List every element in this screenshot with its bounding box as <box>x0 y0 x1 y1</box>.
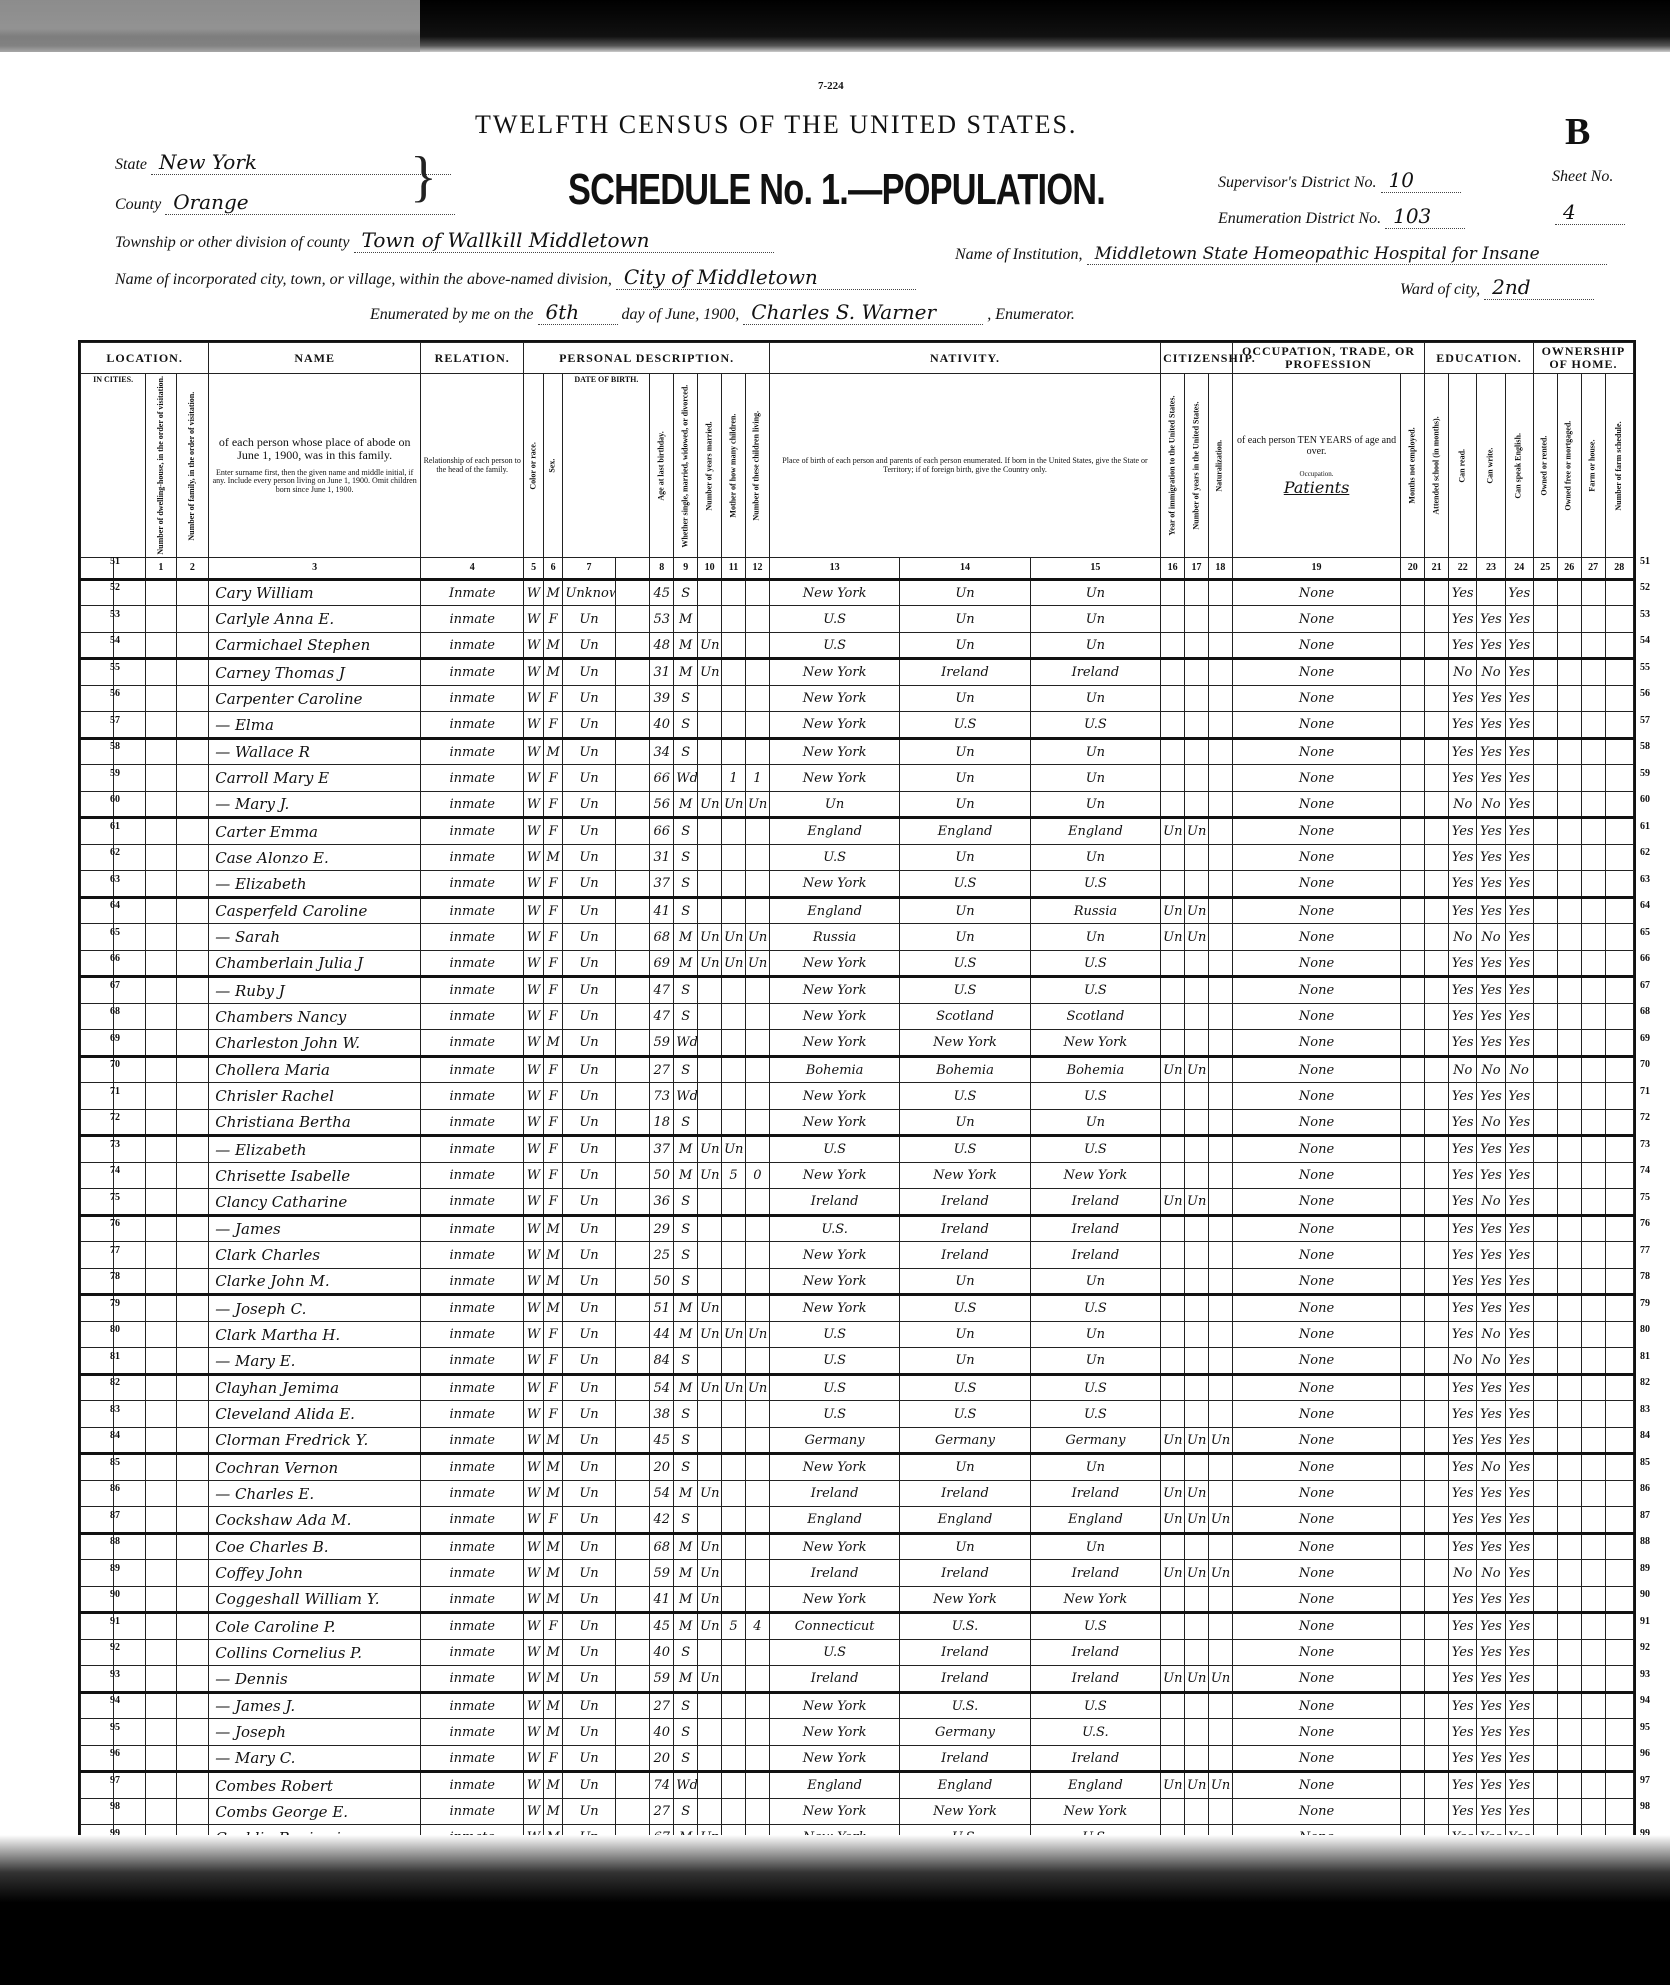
cell-month: Un <box>563 685 615 712</box>
cell-month: Un <box>563 1083 615 1110</box>
cell-empty <box>1425 579 1449 606</box>
cell-empty <box>1401 1639 1425 1666</box>
cell-empty <box>1401 606 1425 633</box>
col-sex-label: Sex. <box>543 374 563 558</box>
cell-sex: F <box>543 1003 563 1030</box>
cell-empty <box>615 1692 650 1719</box>
cell-nat <box>1208 1295 1232 1322</box>
cell-month: Un <box>563 1533 615 1560</box>
cell-empty <box>1557 1056 1581 1083</box>
cell-living: Un <box>745 1374 769 1401</box>
cell-empty <box>1533 1772 1557 1799</box>
cell-age: 31 <box>650 659 674 686</box>
cell-empty <box>176 1003 209 1030</box>
cell-empty <box>1557 1560 1581 1587</box>
table-row: Coe Charles B.inmateWMUn68MUnNew YorkUnU… <box>81 1533 1634 1560</box>
cell-mother-of <box>722 1083 746 1110</box>
cell-occ: None <box>1232 871 1400 898</box>
cell-write: Yes <box>1477 1374 1505 1401</box>
cell-empty <box>1557 1480 1581 1507</box>
cell-living <box>745 1109 769 1136</box>
cell-living <box>745 712 769 739</box>
cell-imm: Un <box>1161 1189 1185 1216</box>
sheet-letter: B <box>1565 110 1590 154</box>
line-number: 65 <box>1640 919 1668 946</box>
cell-empty <box>1581 606 1605 633</box>
cell-mother-of: 5 <box>722 1613 746 1640</box>
line-number: 89 <box>80 1555 120 1582</box>
cell-sex: M <box>543 1427 563 1454</box>
cell-empty <box>146 712 176 739</box>
cell-speak: Yes <box>1505 1745 1533 1772</box>
cell-imm: Un <box>1161 1560 1185 1587</box>
cell-name: Combs George E. <box>209 1798 421 1825</box>
occupation-description: of each person TEN YEARS of age and over… <box>1232 374 1400 558</box>
cell-empty <box>1557 1295 1581 1322</box>
cell-living <box>745 1242 769 1269</box>
cell-speak: Yes <box>1505 1480 1533 1507</box>
cell-age: 40 <box>650 1639 674 1666</box>
column-number: 2 <box>176 557 209 579</box>
cell-empty <box>176 1083 209 1110</box>
cell-write: Yes <box>1477 1030 1505 1057</box>
census-title: TWELFTH CENSUS OF THE UNITED STATES. <box>475 110 1077 140</box>
cell-age: 34 <box>650 738 674 765</box>
cell-father: Un <box>900 924 1030 951</box>
cell-empty <box>1557 1586 1581 1613</box>
cell-sex: M <box>543 1586 563 1613</box>
line-number: 53 <box>1640 601 1668 628</box>
cell-write: No <box>1477 1109 1505 1136</box>
cell-write: No <box>1477 1454 1505 1481</box>
cell-empty <box>1605 1003 1633 1030</box>
cell-yrs-married <box>698 1401 722 1428</box>
cell-color: W <box>524 1083 544 1110</box>
cell-color: W <box>524 897 544 924</box>
cell-age: 42 <box>650 1507 674 1534</box>
cell-imm <box>1161 1162 1185 1189</box>
cell-empty <box>1581 1374 1605 1401</box>
cell-father: Un <box>900 1533 1030 1560</box>
cell-empty <box>1581 1189 1605 1216</box>
cell-speak: Yes <box>1505 871 1533 898</box>
cell-yrs-married <box>698 606 722 633</box>
name-desc: of each person whose place of abode on J… <box>211 436 418 462</box>
section-name: NAME <box>209 343 421 374</box>
cell-empty <box>1401 579 1425 606</box>
cell-sex: M <box>543 1666 563 1693</box>
cell-name: Chambers Nancy <box>209 1003 421 1030</box>
cell-occ: None <box>1232 1215 1400 1242</box>
cell-empty <box>1425 1401 1449 1428</box>
cell-name: — Mary J. <box>209 791 421 818</box>
cell-sex: F <box>543 871 563 898</box>
cell-birth: England <box>769 1772 899 1799</box>
cell-yrs-married <box>698 1745 722 1772</box>
cell-empty <box>615 1136 650 1163</box>
cell-mother: New York <box>1030 1798 1160 1825</box>
cell-empty <box>1605 685 1633 712</box>
line-number: 95 <box>80 1714 120 1741</box>
cell-empty <box>1533 1719 1557 1746</box>
cell-age: 59 <box>650 1560 674 1587</box>
cell-sex: F <box>543 1056 563 1083</box>
cell-mother: U.S <box>1030 871 1160 898</box>
cell-month: Un <box>563 1321 615 1348</box>
cell-empty <box>1557 977 1581 1004</box>
cell-imm <box>1161 1586 1185 1613</box>
cell-imm: Un <box>1161 1772 1185 1799</box>
cell-speak: Yes <box>1505 1030 1533 1057</box>
cell-yrs-us <box>1185 685 1209 712</box>
cell-empty <box>1605 1030 1633 1057</box>
cell-empty <box>615 1374 650 1401</box>
cell-empty <box>146 1295 176 1322</box>
cell-birth: England <box>769 1507 899 1534</box>
line-number: 72 <box>1640 1105 1668 1132</box>
cell-read: Yes <box>1449 1215 1477 1242</box>
cell-empty <box>1581 1083 1605 1110</box>
cell-mother-of <box>722 1056 746 1083</box>
cell-mother-of <box>722 1533 746 1560</box>
cell-empty <box>615 1745 650 1772</box>
cell-empty <box>1401 1586 1425 1613</box>
cell-age: 73 <box>650 1083 674 1110</box>
cell-empty <box>1533 1639 1557 1666</box>
cell-nat <box>1208 579 1232 606</box>
line-number: 64 <box>1640 893 1668 920</box>
cell-birth: New York <box>769 871 899 898</box>
cell-nat <box>1208 871 1232 898</box>
cell-yrs-married: Un <box>698 1586 722 1613</box>
cell-color: W <box>524 977 544 1004</box>
cell-empty <box>1533 765 1557 792</box>
cell-occ: None <box>1232 659 1400 686</box>
cell-age: 37 <box>650 871 674 898</box>
cell-name: — Ruby J <box>209 977 421 1004</box>
cell-name: — Joseph C. <box>209 1295 421 1322</box>
cell-empty <box>1425 1639 1449 1666</box>
cell-sex: F <box>543 1374 563 1401</box>
cell-color: W <box>524 1003 544 1030</box>
line-number: 68 <box>80 999 120 1026</box>
cell-age: 50 <box>650 1268 674 1295</box>
cell-yrs-married <box>698 1268 722 1295</box>
cell-living: Un <box>745 950 769 977</box>
cell-empty <box>176 1215 209 1242</box>
cell-marital: M <box>674 791 698 818</box>
cell-occ: None <box>1232 606 1400 633</box>
cell-name: — James J. <box>209 1692 421 1719</box>
cell-read: Yes <box>1449 712 1477 739</box>
cell-yrs-married: Un <box>698 632 722 659</box>
cell-empty <box>1605 897 1633 924</box>
cell-empty <box>1605 1109 1633 1136</box>
cell-name: — Elma <box>209 712 421 739</box>
cell-occ: None <box>1232 1242 1400 1269</box>
cell-color: W <box>524 1242 544 1269</box>
cell-empty <box>615 1586 650 1613</box>
cell-empty <box>1401 632 1425 659</box>
line-number: 77 <box>80 1237 120 1264</box>
cell-empty <box>1581 1109 1605 1136</box>
cell-yrs-us: Un <box>1185 1560 1209 1587</box>
line-number: 84 <box>80 1423 120 1450</box>
cell-father: Un <box>900 791 1030 818</box>
cell-month: Un <box>563 844 615 871</box>
cell-empty <box>1605 791 1633 818</box>
cell-living <box>745 659 769 686</box>
column-number: 22 <box>1449 557 1477 579</box>
section-personal: PERSONAL DESCRIPTION. <box>524 343 770 374</box>
cell-empty <box>1401 950 1425 977</box>
cell-mother-of <box>722 738 746 765</box>
cell-color: W <box>524 1745 544 1772</box>
cell-empty <box>1605 738 1633 765</box>
cell-empty <box>146 871 176 898</box>
cell-living <box>745 1666 769 1693</box>
cell-yrs-us: Un <box>1185 818 1209 845</box>
cell-empty <box>1557 659 1581 686</box>
cell-rel: inmate <box>421 712 524 739</box>
cell-age: 56 <box>650 791 674 818</box>
cell-yrs-us: Un <box>1185 897 1209 924</box>
cell-yrs-us <box>1185 1030 1209 1057</box>
cell-empty <box>176 1242 209 1269</box>
cell-sex: F <box>543 1109 563 1136</box>
cell-empty <box>1401 685 1425 712</box>
cell-nat <box>1208 632 1232 659</box>
cell-speak: Yes <box>1505 1083 1533 1110</box>
cell-speak: Yes <box>1505 1401 1533 1428</box>
cell-yrs-us <box>1185 1798 1209 1825</box>
cell-speak: Yes <box>1505 1692 1533 1719</box>
cell-read: Yes <box>1449 1030 1477 1057</box>
cell-living <box>745 606 769 633</box>
cell-empty <box>176 606 209 633</box>
col-years-us-label: Number of years in the United States. <box>1185 374 1209 558</box>
cell-empty <box>1425 977 1449 1004</box>
column-number: 27 <box>1581 557 1605 579</box>
cell-read: Yes <box>1449 1321 1477 1348</box>
table-row: — ElmainmateWFUn40SNew YorkU.SU.SNoneYes… <box>81 712 1634 739</box>
cell-father: Un <box>900 844 1030 871</box>
cell-mother: Russia <box>1030 897 1160 924</box>
cell-marital: S <box>674 1215 698 1242</box>
cell-color: W <box>524 1348 544 1375</box>
cell-living <box>745 1745 769 1772</box>
table-row: Cockshaw Ada M.inmateWFUn42SEnglandEngla… <box>81 1507 1634 1534</box>
cell-empty <box>1533 1083 1557 1110</box>
cell-name: Carpenter Caroline <box>209 685 421 712</box>
cell-mother: U.S. <box>1030 1719 1160 1746</box>
cell-imm: Un <box>1161 897 1185 924</box>
cell-living <box>745 1030 769 1057</box>
cell-mother: Ireland <box>1030 1480 1160 1507</box>
cell-empty <box>176 1613 209 1640</box>
cell-read: Yes <box>1449 1719 1477 1746</box>
cell-yrs-married: Un <box>698 1613 722 1640</box>
col-mother-of-label: Mother of how many children. <box>722 374 746 558</box>
cell-name: Case Alonzo E. <box>209 844 421 871</box>
cell-speak: Yes <box>1505 1798 1533 1825</box>
table-row: Coggeshall William Y.inmateWMUn41MUnNew … <box>81 1586 1634 1613</box>
cell-birth: U.S. <box>769 1215 899 1242</box>
cell-color: W <box>524 844 544 871</box>
cell-marital: S <box>674 1109 698 1136</box>
cell-empty <box>1533 1533 1557 1560</box>
cell-empty <box>1401 1030 1425 1057</box>
cell-mother-of <box>722 1507 746 1534</box>
relation-description: Relationship of each person to the head … <box>421 374 524 558</box>
cell-rel: inmate <box>421 1268 524 1295</box>
cell-yrs-married <box>698 1083 722 1110</box>
cell-rel: inmate <box>421 1719 524 1746</box>
cell-rel: inmate <box>421 1215 524 1242</box>
cell-color: W <box>524 791 544 818</box>
cell-empty <box>146 950 176 977</box>
cell-empty <box>615 818 650 845</box>
cell-mother: Un <box>1030 606 1160 633</box>
cell-speak: Yes <box>1505 1242 1533 1269</box>
cell-empty <box>615 1030 650 1057</box>
cell-age: 45 <box>650 1427 674 1454</box>
cell-father: New York <box>900 1586 1030 1613</box>
cell-empty <box>1401 1533 1425 1560</box>
line-number: 67 <box>1640 972 1668 999</box>
cell-color: W <box>524 1798 544 1825</box>
cell-rel: inmate <box>421 950 524 977</box>
column-number: 16 <box>1161 557 1185 579</box>
cell-empty <box>1557 1162 1581 1189</box>
cell-occ: None <box>1232 1374 1400 1401</box>
cell-birth: Ireland <box>769 1560 899 1587</box>
cell-empty <box>1605 1586 1633 1613</box>
cell-mother-of <box>722 1189 746 1216</box>
cell-read: Yes <box>1449 1639 1477 1666</box>
cell-empty <box>1581 1560 1605 1587</box>
cell-yrs-us: Un <box>1185 1772 1209 1799</box>
cell-sex: M <box>543 1719 563 1746</box>
cell-empty <box>1533 1215 1557 1242</box>
state-label: State <box>115 156 147 173</box>
column-number <box>615 557 650 579</box>
table-row: — Charles E.inmateWMUn54MUnIrelandIrelan… <box>81 1480 1634 1507</box>
cell-empty <box>1425 1374 1449 1401</box>
col-children-living-label: Number of these children living. <box>745 374 769 558</box>
cell-empty <box>176 950 209 977</box>
cell-marital: S <box>674 1427 698 1454</box>
cell-write: Yes <box>1477 765 1505 792</box>
cell-empty <box>1533 1268 1557 1295</box>
table-row: Carlyle Anna E.inmateWFUn53MU.SUnUnNoneY… <box>81 606 1634 633</box>
cell-marital: S <box>674 897 698 924</box>
cell-mother-of <box>722 1003 746 1030</box>
cell-name: Carney Thomas J <box>209 659 421 686</box>
cell-color: W <box>524 1109 544 1136</box>
cell-empty <box>1533 659 1557 686</box>
cell-empty <box>176 1745 209 1772</box>
cell-empty <box>1425 1321 1449 1348</box>
cell-living <box>745 632 769 659</box>
cell-yrs-married <box>698 1692 722 1719</box>
cell-write: Yes <box>1477 1003 1505 1030</box>
cell-empty <box>615 1798 650 1825</box>
cell-yrs-married <box>698 685 722 712</box>
cell-imm <box>1161 579 1185 606</box>
cell-imm <box>1161 871 1185 898</box>
cell-imm <box>1161 1109 1185 1136</box>
cell-speak: Yes <box>1505 1507 1533 1534</box>
cell-write: Yes <box>1477 632 1505 659</box>
cell-empty <box>176 977 209 1004</box>
cell-yrs-married: Un <box>698 659 722 686</box>
cell-mother-of: Un <box>722 1374 746 1401</box>
cell-empty <box>1533 1480 1557 1507</box>
township-field: Township or other division of county Tow… <box>115 228 774 253</box>
cell-empty <box>1425 1745 1449 1772</box>
cell-empty <box>1581 1242 1605 1269</box>
cell-yrs-married <box>698 1189 722 1216</box>
cell-empty <box>1425 1189 1449 1216</box>
cell-yrs-married: Un <box>698 1533 722 1560</box>
cell-empty <box>1425 1268 1449 1295</box>
cell-age: 45 <box>650 1613 674 1640</box>
cell-sex: M <box>543 1798 563 1825</box>
cell-father: Un <box>900 606 1030 633</box>
cell-speak: Yes <box>1505 791 1533 818</box>
cell-mother: Ireland <box>1030 1745 1160 1772</box>
cell-rel: inmate <box>421 1348 524 1375</box>
cell-mother-of <box>722 1401 746 1428</box>
cell-color: W <box>524 1374 544 1401</box>
cell-empty <box>1425 950 1449 977</box>
line-number: 57 <box>80 707 120 734</box>
cell-empty <box>176 1321 209 1348</box>
cell-color: W <box>524 924 544 951</box>
cell-empty <box>176 1295 209 1322</box>
cell-empty <box>1557 1533 1581 1560</box>
cell-marital: M <box>674 1295 698 1322</box>
cell-father: Ireland <box>900 1189 1030 1216</box>
cell-write: Yes <box>1477 1268 1505 1295</box>
cell-rel: inmate <box>421 1772 524 1799</box>
cell-age: 37 <box>650 1136 674 1163</box>
cell-empty <box>146 1639 176 1666</box>
line-number: 51 <box>1640 548 1668 575</box>
cell-color: W <box>524 1507 544 1534</box>
cell-living <box>745 1348 769 1375</box>
line-number: 62 <box>1640 840 1668 867</box>
line-number: 78 <box>80 1264 120 1291</box>
cell-name: — Wallace R <box>209 738 421 765</box>
cell-yrs-married <box>698 712 722 739</box>
line-number: 75 <box>1640 1184 1668 1211</box>
cell-living <box>745 1586 769 1613</box>
cell-yrs-married: Un <box>698 1136 722 1163</box>
cell-birth: New York <box>769 1109 899 1136</box>
cell-marital: M <box>674 606 698 633</box>
cell-mother: Ireland <box>1030 1639 1160 1666</box>
line-number: 69 <box>80 1025 120 1052</box>
cell-imm: Un <box>1161 924 1185 951</box>
cell-empty <box>615 1295 650 1322</box>
cell-empty <box>1605 632 1633 659</box>
cell-occ: None <box>1232 1480 1400 1507</box>
county-field: County Orange <box>115 190 455 215</box>
cell-birth: Un <box>769 791 899 818</box>
cell-month: Un <box>563 1215 615 1242</box>
